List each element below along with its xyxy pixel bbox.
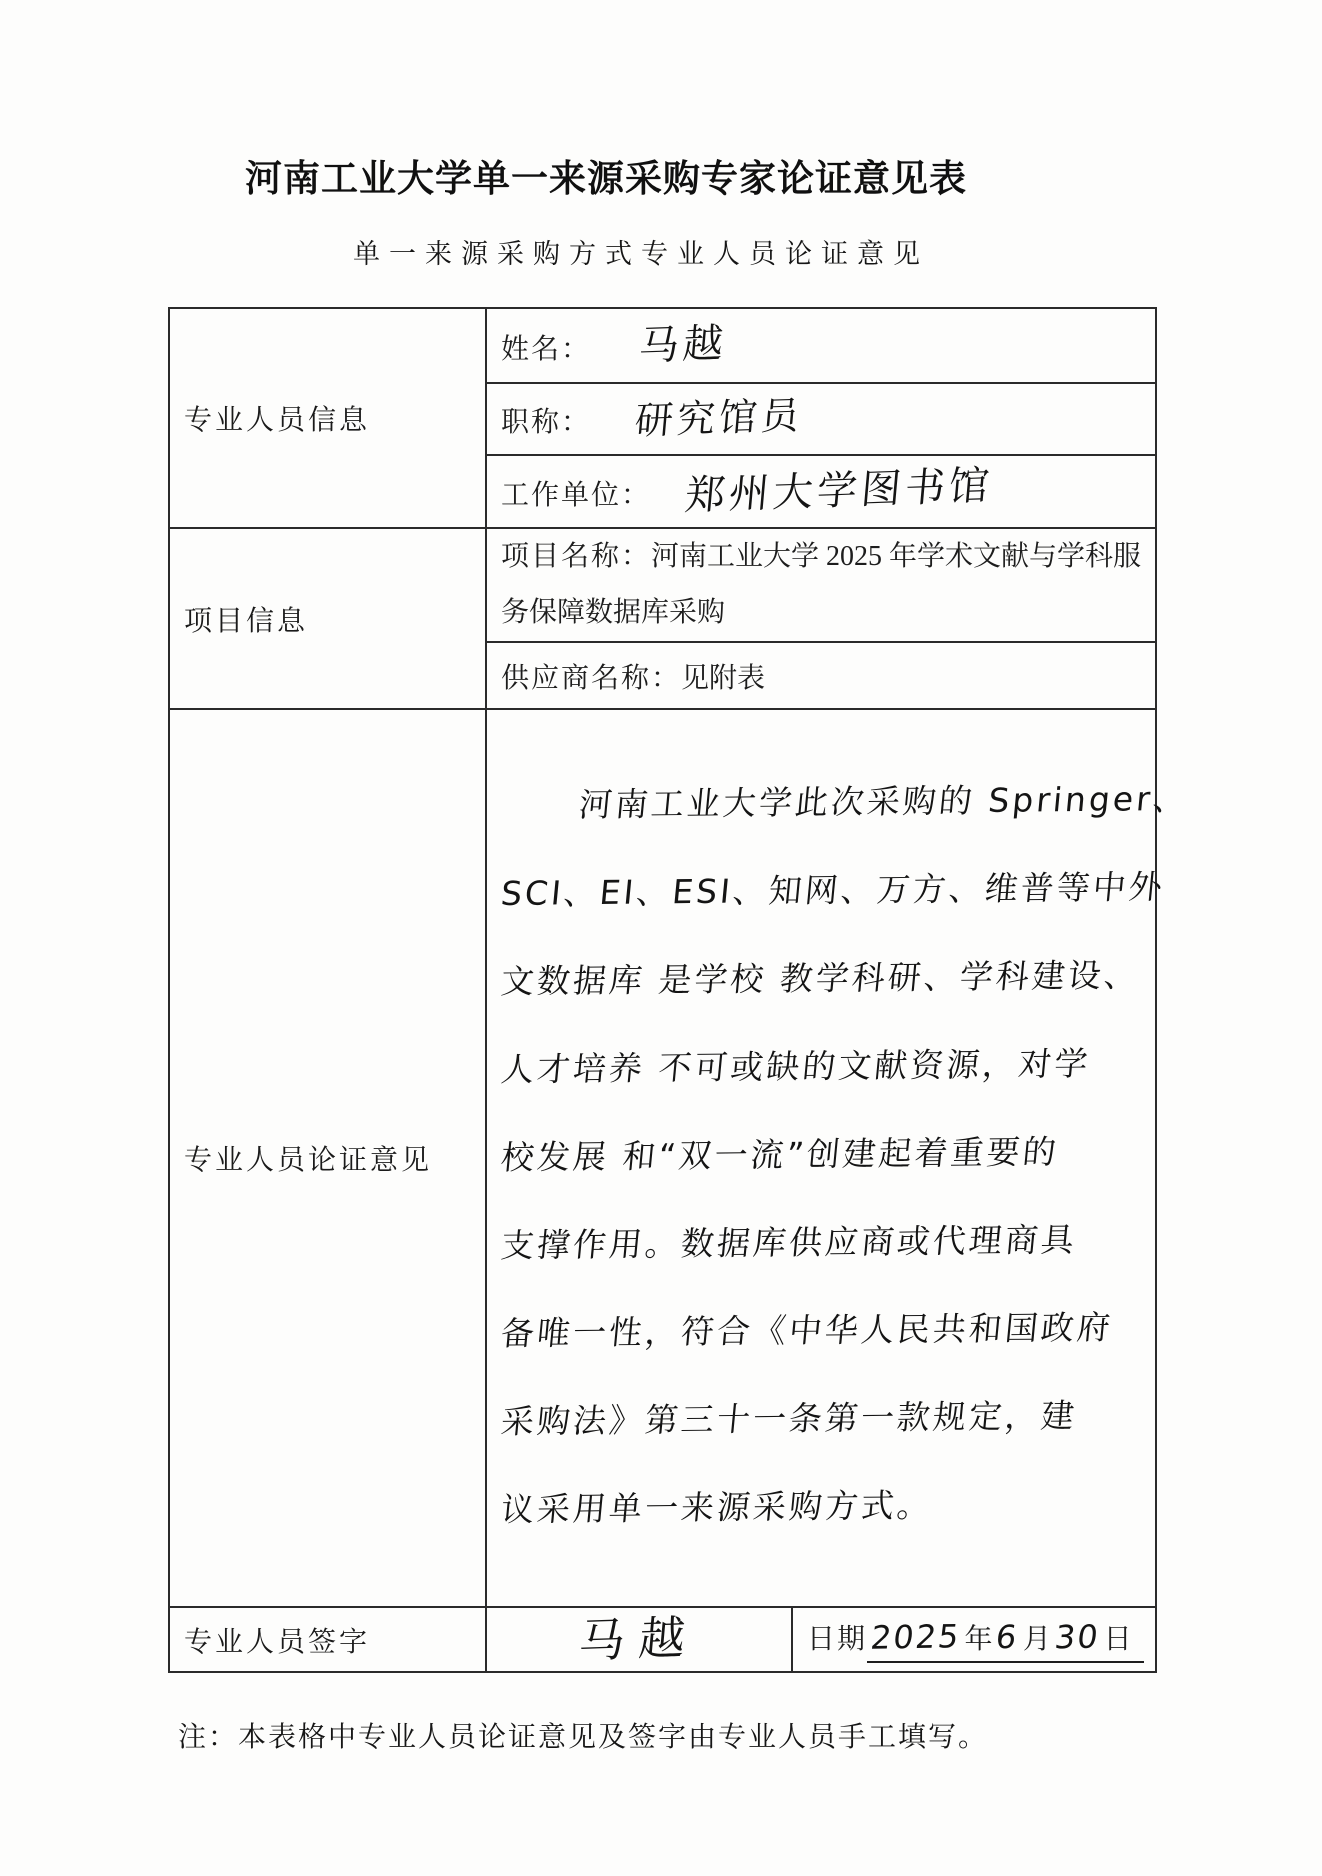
signature-label: 专业人员签字 [169,1607,486,1672]
form-table: 专业人员信息 姓名：马越 职称：研究馆员 工作单位：郑州大学图书馆 项目信息 项… [168,307,1157,1673]
supplier-label: 供应商名称： [501,663,681,694]
page-subtitle: 单一来源采购方式专业人员论证意见 [0,232,1302,271]
scanned-form-page: 河南工业大学单一来源采购专家论证意见表 单一来源采购方式专业人员论证意见 专业人… [0,0,1322,1876]
opinion-line: 河南工业大学此次采购的 Springer、 [497,755,1145,850]
opinion-line: 议采用单一来源采购方式。 [497,1459,1145,1554]
rank-label: 职称： [501,407,591,438]
date-year-unit: 年 [964,1624,992,1655]
unit-cell: 工作单位：郑州大学图书馆 [486,455,1156,528]
opinion-line: SCI、EI、ESI、知网、万方、维普等中外 [497,843,1145,938]
section-label-project: 项目信息 [169,528,486,709]
unit-value-handwritten: 郑州大学图书馆 [683,465,994,516]
footer-note: 注：本表格中专业人员论证意见及签字由专业人员手工填写。 [178,1715,1322,1755]
row-signature: 专业人员签字 马越 日期2025年6月30日 [169,1607,1156,1672]
date-value: 2025年6月30日 [867,1617,1144,1663]
opinion-line: 支撑作用。数据库供应商或代理商具 [497,1195,1145,1290]
row-opinion: 专业人员论证意见 河南工业大学此次采购的 Springer、 SCI、EI、ES… [169,709,1156,1607]
rank-cell: 职称：研究馆员 [486,383,1156,455]
section-label-personnel: 专业人员信息 [169,308,486,528]
opinion-line: 文数据库 是学校 教学科研、学科建设、 [497,931,1145,1026]
supplier-value: 见附表 [681,663,765,694]
date-month-unit: 月 [1023,1624,1051,1655]
row-name: 专业人员信息 姓名：马越 [169,308,1156,383]
date-year-handwritten: 2025 [869,1620,962,1654]
signature-handwritten: 马越 [577,1614,701,1664]
opinion-line: 人才培养 不可或缺的文献资源，对学 [497,1019,1145,1114]
page-title: 河南工业大学单一来源采购专家论证意见表 [0,148,1267,202]
project-name-cell: 项目名称：河南工业大学 2025 年学术文献与学科服务保障数据库采购 [486,528,1156,642]
opinion-line: 备唯一性，符合《中华人民共和国政府 [497,1283,1145,1378]
date-cell: 日期2025年6月30日 [792,1607,1156,1672]
project-name-label: 项目名称： [501,541,651,572]
date-day-unit: 日 [1104,1624,1132,1655]
opinion-cell: 河南工业大学此次采购的 Springer、 SCI、EI、ESI、知网、万方、维… [486,709,1156,1607]
name-value-handwritten: 马越 [637,323,728,366]
name-label: 姓名： [501,334,591,365]
date-month-handwritten: 6 [995,1620,1021,1652]
date-label: 日期 [807,1624,867,1655]
section-label-opinion: 专业人员论证意见 [169,709,486,1607]
name-cell: 姓名：马越 [486,308,1156,383]
date-day-handwritten: 30 [1053,1620,1102,1653]
opinion-line: 校发展 和“双一流”创建起着重要的 [497,1107,1145,1202]
signature-cell: 马越 [486,1607,792,1672]
unit-label: 工作单位： [501,480,651,511]
rank-value-handwritten: 研究馆员 [633,395,804,439]
opinion-line: 采购法》第三十一条第一款规定，建 [497,1371,1145,1466]
row-project-name: 项目信息 项目名称：河南工业大学 2025 年学术文献与学科服务保障数据库采购 [169,528,1156,642]
supplier-cell: 供应商名称：见附表 [486,642,1156,709]
